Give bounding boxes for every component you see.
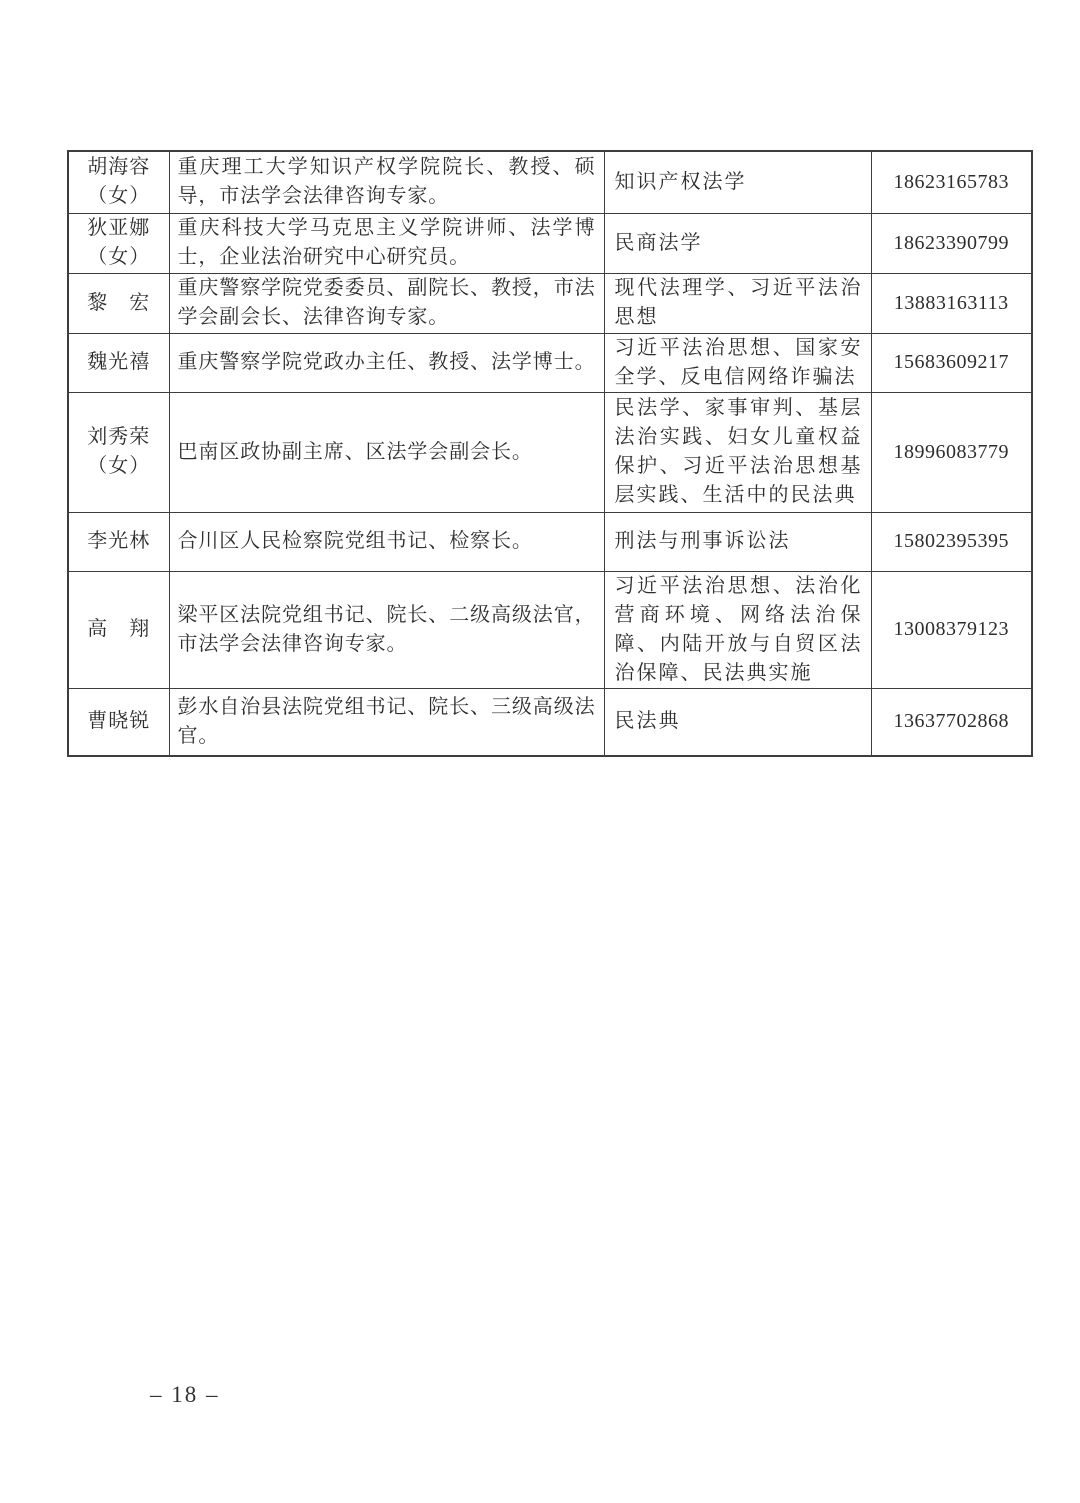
table-row: 曹晓锐 彭水自治县法院党组书记、院长、三级高级法官。 民法典 136377028… (68, 688, 1032, 756)
phone-cell: 18623390799 (871, 213, 1032, 273)
name-cell: 刘秀荣 （女） (68, 392, 169, 512)
table-row: 李光林 合川区人民检察院党组书记、检察长。 刑法与刑事诉讼法 158023953… (68, 512, 1032, 571)
phone-cell: 15683609217 (871, 333, 1032, 392)
name-cell: 胡海容 （女） (68, 151, 169, 213)
specialty-cell: 知识产权法学 (604, 151, 871, 213)
specialty-cell: 民法典 (604, 688, 871, 756)
name-cell: 黎 宏 (68, 273, 169, 333)
specialty-cell: 现代法理学、习近平法治思想 (604, 273, 871, 333)
position-cell: 重庆警察学院党委委员、副院长、教授，市法学会副会长、法律咨询专家。 (169, 273, 604, 333)
table-row: 高 翔 梁平区法院党组书记、院长、二级高级法官，市法学会法律咨询专家。 习近平法… (68, 571, 1032, 688)
phone-cell: 13008379123 (871, 571, 1032, 688)
specialty-cell: 民法学、家事审判、基层法治实践、妇女儿童权益保护、习近平法治思想基层实践、生活中… (604, 392, 871, 512)
phone-cell: 15802395395 (871, 512, 1032, 571)
document-page: 胡海容 （女） 重庆理工大学知识产权学院院长、教授、硕导，市法学会法律咨询专家。… (0, 0, 1080, 1503)
table-row: 胡海容 （女） 重庆理工大学知识产权学院院长、教授、硕导，市法学会法律咨询专家。… (68, 151, 1032, 213)
table-row: 狄亚娜 （女） 重庆科技大学马克思主义学院讲师、法学博士，企业法治研究中心研究员… (68, 213, 1032, 273)
phone-cell: 18623165783 (871, 151, 1032, 213)
phone-cell: 13637702868 (871, 688, 1032, 756)
specialty-cell: 习近平法治思想、法治化营商环境、网络法治保障、内陆开放与自贸区法治保障、民法典实… (604, 571, 871, 688)
position-cell: 合川区人民检察院党组书记、检察长。 (169, 512, 604, 571)
name-cell: 李光林 (68, 512, 169, 571)
name-cell: 高 翔 (68, 571, 169, 688)
position-cell: 重庆警察学院党政办主任、教授、法学博士。 (169, 333, 604, 392)
name-cell: 曹晓锐 (68, 688, 169, 756)
position-cell: 彭水自治县法院党组书记、院长、三级高级法官。 (169, 688, 604, 756)
position-cell: 重庆理工大学知识产权学院院长、教授、硕导，市法学会法律咨询专家。 (169, 151, 604, 213)
experts-table: 胡海容 （女） 重庆理工大学知识产权学院院长、教授、硕导，市法学会法律咨询专家。… (67, 150, 1033, 757)
position-cell: 巴南区政协副主席、区法学会副会长。 (169, 392, 604, 512)
page-number: – 18 – (150, 1382, 220, 1408)
phone-cell: 13883163113 (871, 273, 1032, 333)
phone-cell: 18996083779 (871, 392, 1032, 512)
position-cell: 梁平区法院党组书记、院长、二级高级法官，市法学会法律咨询专家。 (169, 571, 604, 688)
table-row: 魏光禧 重庆警察学院党政办主任、教授、法学博士。 习近平法治思想、国家安全学、反… (68, 333, 1032, 392)
name-cell: 狄亚娜 （女） (68, 213, 169, 273)
specialty-cell: 习近平法治思想、国家安全学、反电信网络诈骗法 (604, 333, 871, 392)
table-row: 刘秀荣 （女） 巴南区政协副主席、区法学会副会长。 民法学、家事审判、基层法治实… (68, 392, 1032, 512)
position-cell: 重庆科技大学马克思主义学院讲师、法学博士，企业法治研究中心研究员。 (169, 213, 604, 273)
table-row: 黎 宏 重庆警察学院党委委员、副院长、教授，市法学会副会长、法律咨询专家。 现代… (68, 273, 1032, 333)
name-cell: 魏光禧 (68, 333, 169, 392)
specialty-cell: 刑法与刑事诉讼法 (604, 512, 871, 571)
specialty-cell: 民商法学 (604, 213, 871, 273)
